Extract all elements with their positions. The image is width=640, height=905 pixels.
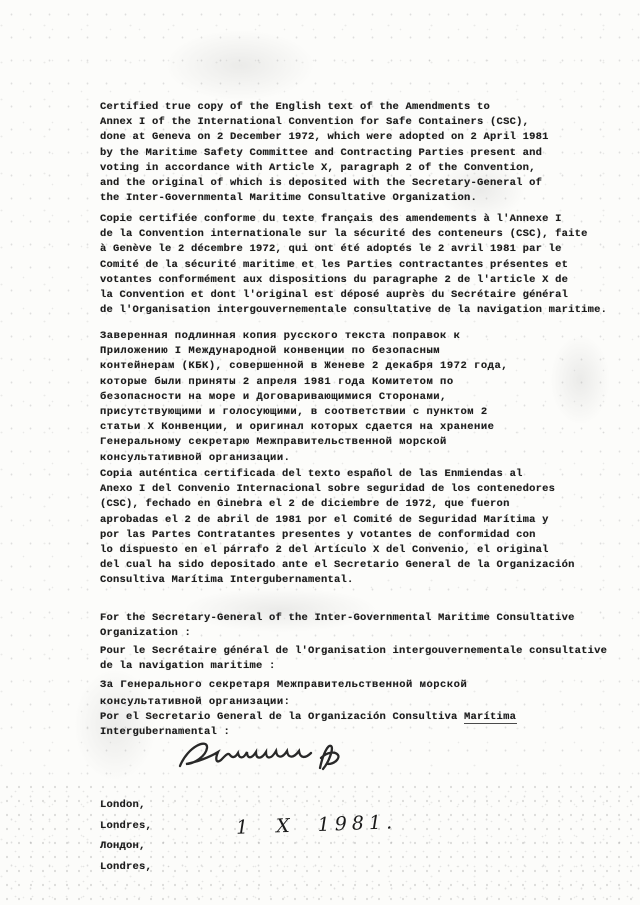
paragraph-certification-spanish: Copia auténtica certificada del texto es… — [100, 467, 575, 589]
underline-artifact — [464, 723, 517, 724]
handwritten-date: 1 X 1981. — [236, 811, 398, 839]
paragraph-certification-english: Certified true copy of the English text … — [100, 100, 549, 206]
handwritten-signature — [172, 736, 350, 784]
scanned-document-page: Certified true copy of the English text … — [0, 0, 640, 905]
scan-smudge — [140, 18, 340, 113]
place-line-english: London, — [100, 795, 152, 816]
place-line-russian: Лондон, — [100, 836, 152, 857]
photocopy-noise-bottom — [0, 778, 640, 905]
scan-smudge — [540, 320, 620, 440]
paragraph-certification-french: Copie certifiée conforme du texte frança… — [100, 212, 607, 318]
secretary-general-line-russian: За Генерального секретаря Межправительст… — [100, 677, 467, 710]
place-line-spanish: Londres, — [100, 857, 152, 878]
place-line-french: Londres, — [100, 816, 152, 837]
place-lines: London, Londres, Лондон, Londres, — [100, 795, 152, 877]
secretary-general-line-english: For the Secretary-General of the Inter-G… — [100, 611, 575, 641]
secretary-general-line-french: Pour le Secrétaire général de l'Organisa… — [100, 644, 607, 674]
paragraph-certification-russian: Заверенная подлинная копия русского текс… — [100, 329, 508, 466]
